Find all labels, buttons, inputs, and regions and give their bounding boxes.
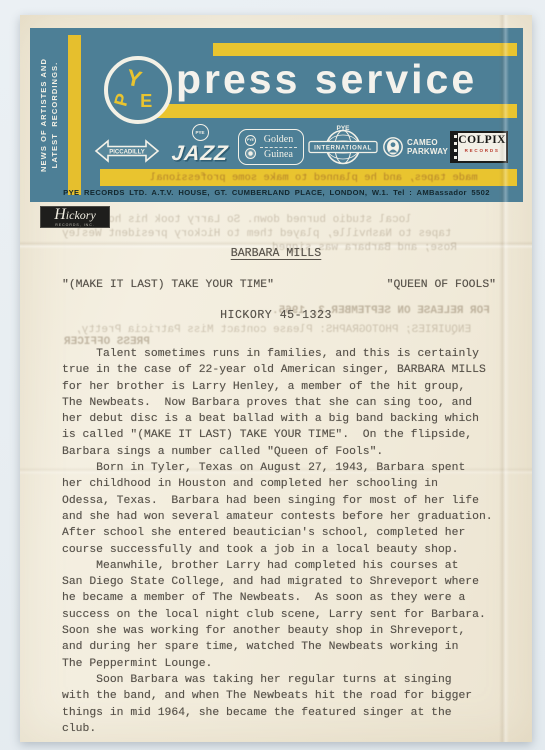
pye-logo-icon: Y P E [108,60,160,112]
guinea-icons: PYE [243,135,258,159]
hickory-stamp: Hickory RECORDS, INC. [40,206,110,228]
masthead-title: press service [176,55,521,103]
paragraph: Talent sometimes runs in families, and t… [62,346,512,460]
artist-heading: BARBARA MILLS [20,247,532,260]
jazz-label: JAZZ [167,142,234,166]
pye-letter-p: P [110,91,132,108]
paragraph: Meanwhile, brother Larry had completed h… [62,558,512,672]
golden-guinea-label: Golden Guinea [258,134,299,161]
side-a-title: "(MAKE IT LAST) TAKE YOUR TIME" [62,279,274,291]
bleedthrough-line: local studio burned down. So Larry took … [62,214,412,226]
press-body: Talent sometimes runs in families, and t… [62,346,512,737]
masthead-address: PYE RECORDS LTD. A.T.V. HOUSE, GT. CUMBE… [30,188,523,197]
golden-guinea-line2: Guinea [258,149,299,161]
golden-guinea-logo: PYE Golden Guinea [238,129,304,165]
pye-logo: Y P E [104,56,172,124]
jazz-logo: PYE JAZZ [168,124,232,166]
paragraph: Soon Barbara was taking her regular turn… [62,672,512,737]
international-logo: PYE INTERNATIONAL [306,122,380,166]
guinea-coin-icon [245,148,256,159]
hickory-sub: RECORDS, INC. [40,223,110,227]
pye-mini-icon: PYE [245,135,256,146]
catalog-number: HICKORY 45-1323 [20,309,532,322]
pye-mini-icon: PYE [192,124,209,141]
international-label: INTERNATIONAL [314,145,372,152]
piccadilly-arrow-icon: PICCADILLY [94,139,160,163]
globe-icon: PYE INTERNATIONAL [306,122,380,166]
cameo-label: CAMEO [407,138,448,148]
bleedthrough-line: ENQUIRIES; PHOTOGRAPHS: Please contact M… [75,324,471,336]
scan-background: NEWS OF ARTISTES AND LATEST RECORDINGS. … [0,0,545,750]
bleedthrough-line: tapes to Nashville, played them to Hicko… [62,228,451,240]
guinea-divider [260,147,297,148]
side-b-title: "QUEEN OF FOOLS" [387,279,496,291]
bleedthrough-line: made tapes, and he planned to make some … [150,172,478,184]
pye-letter-y: Y [124,65,144,93]
press-paper: NEWS OF ARTISTES AND LATEST RECORDINGS. … [20,15,532,742]
parkway-label: PARKWAY [407,147,448,157]
piccadilly-label: PICCADILLY [109,150,144,156]
cameo-parkway-label: CAMEO PARKWAY [407,138,448,157]
hickory-name: Hickory [40,207,110,223]
cameo-parkway-logo: CAMEO PARKWAY [382,132,448,162]
artist-name: BARBARA MILLS [231,247,321,260]
piccadilly-logo: PICCADILLY [94,139,160,163]
pye-letter-e: E [140,91,152,111]
golden-guinea-line1: Golden [258,134,299,146]
paragraph: Born in Tyler, Texas on August 27, 1943,… [62,460,512,558]
cameo-icon [382,135,404,159]
songs-row: "(MAKE IT LAST) TAKE YOUR TIME" "QUEEN O… [20,279,532,291]
